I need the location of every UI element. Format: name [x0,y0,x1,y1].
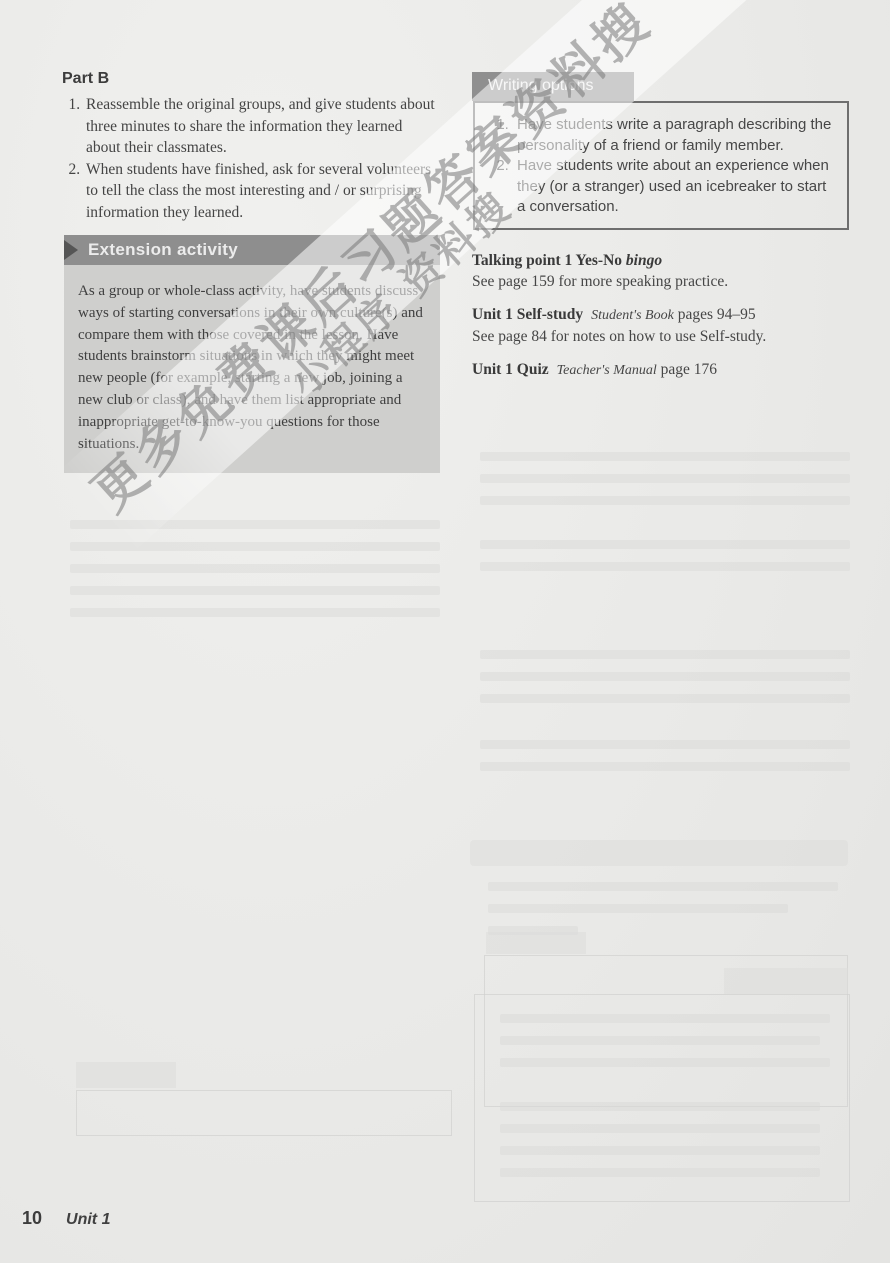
extension-activity-header: Extension activity [64,235,440,265]
reference-title-italic: bingo [626,252,662,269]
writing-options-title: Writing options [472,72,634,101]
unit-label: Unit 1 [66,1211,110,1229]
reference-note: See page 84 for notes on how to use Self… [472,326,850,347]
self-study-reference: Unit 1 Self-studyStudent's Book pages 94… [472,304,850,347]
page-number: 10 [22,1208,42,1229]
part-b-item: When students have finished, ask for sev… [84,159,440,224]
part-b-item: Reassemble the original groups, and give… [84,94,440,159]
writing-option-item: Have students write a paragraph describi… [513,115,835,156]
part-b-list: Reassemble the original groups, and give… [62,94,440,223]
talking-point-reference: Talking point 1 Yes-No bingo See page 15… [472,250,850,292]
triangle-arrow-icon [64,240,78,260]
quiz-reference: Unit 1 QuizTeacher's Manual page 176 [472,359,850,381]
reference-book-title: Student's Book [591,308,674,323]
extension-activity-box: Extension activity As a group or whole-c… [64,235,440,473]
extension-activity-title: Extension activity [88,240,238,260]
left-column: Part B Reassemble the original groups, a… [62,70,440,473]
reference-title: Unit 1 Quiz [472,361,549,378]
reference-title: Unit 1 Self-study [472,306,583,323]
reference-pages: pages 94–95 [674,306,756,323]
extension-activity-body: As a group or whole-class activity, have… [64,265,440,473]
writing-options-list: Have students write a paragraph describi… [487,115,835,218]
reference-pages: page 176 [657,361,717,378]
writing-option-item: Have students write about an experience … [513,156,835,218]
writing-options-box: Have students write a paragraph describi… [473,101,849,230]
right-column: Writing options Have students write a pa… [472,72,850,381]
reference-title: Talking point 1 Yes-No [472,252,626,269]
part-b-heading: Part B [62,70,440,88]
reference-book-title: Teacher's Manual [557,363,657,378]
page-footer: 10 Unit 1 [22,1208,110,1229]
reference-note: See page 159 for more speaking practice. [472,271,850,292]
